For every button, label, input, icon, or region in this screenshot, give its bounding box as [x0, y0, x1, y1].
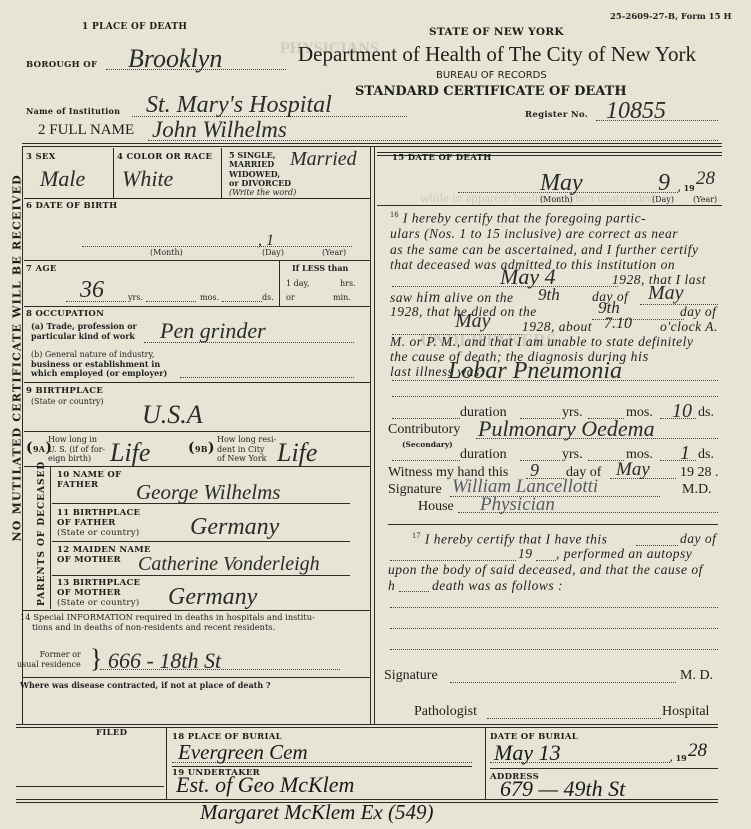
- date-of-death-label: 15 DATE OF DEATH: [392, 153, 492, 163]
- borough-value: Brooklyn: [128, 44, 222, 74]
- birthplace-label: 9 BIRTHPLACE: [26, 386, 103, 396]
- column-divider: [370, 146, 371, 724]
- age-value: 36: [80, 277, 104, 304]
- undertaker-value: Est. of Geo McKlem: [176, 772, 354, 798]
- marital-status-label: 5 SINGLE, MARRIED WIDOWED, or DIVORCED (…: [229, 151, 296, 197]
- race-label: 4 COLOR OR RACE: [117, 152, 212, 162]
- residence-value: 666 - 18th St: [108, 648, 221, 674]
- sex-value: Male: [40, 166, 85, 192]
- state-label: STATE OF NEW YORK: [429, 26, 564, 38]
- department-title: Department of Health of The City of New …: [298, 42, 696, 67]
- nyc-residence-value: Life: [277, 438, 317, 468]
- us-residence-value: Life: [110, 438, 150, 468]
- borough-label: BOROUGH OF: [26, 60, 97, 70]
- father-birthplace-value: Germany: [190, 514, 279, 541]
- institution-value: St. Mary's Hospital: [146, 92, 332, 119]
- burial-year-value: 28: [688, 740, 707, 762]
- institution-label: Name of Institution: [26, 106, 120, 116]
- filed-label: FILED: [96, 728, 127, 738]
- certificate-title: STANDARD CERTIFICATE OF DEATH: [355, 84, 627, 99]
- header-divider: [22, 143, 722, 147]
- death-year-value: 28: [696, 168, 715, 190]
- contributory-duration-days: 1: [680, 442, 690, 465]
- parents-section-label: PARENTS OF DECEASED: [37, 476, 47, 606]
- full-name-label: 2 FULL NAME: [38, 122, 134, 139]
- death-day-value: 9: [658, 170, 670, 197]
- birthplace-value: U.S.A: [142, 400, 203, 430]
- marital-status-value: Married: [290, 148, 357, 171]
- disease-contracted-label: Where was disease contracted, if not at …: [20, 681, 271, 691]
- bureau-label: BUREAU OF RECORDS: [436, 70, 547, 81]
- age-label: 7 AGE: [26, 264, 57, 274]
- race-value: White: [122, 166, 173, 192]
- place-of-death-label: 1 PLACE OF DEATH: [82, 22, 187, 32]
- register-label: Register No.: [525, 110, 588, 120]
- death-certificate: PHYSICIANS while in apparent health, or …: [0, 0, 751, 829]
- additional-signature: Margaret McKlem Ex (549): [200, 800, 433, 825]
- occupation-value: Pen grinder: [160, 318, 266, 344]
- form-number: 25-2609-27-B, Form 15 H: [610, 13, 732, 23]
- no-mutilated-note: NO MUTILATED CERTIFICATE WILL BE RECEIVE…: [11, 212, 24, 542]
- dob-label: 6 DATE OF BIRTH: [26, 201, 117, 211]
- diagnosis-value: Lobar Pneumonia: [448, 358, 622, 385]
- father-name-value: George Wilhelms: [136, 480, 280, 505]
- register-value: 10855: [606, 98, 666, 125]
- full-name-value: John Wilhelms: [152, 117, 287, 143]
- mother-birthplace-value: Germany: [168, 584, 257, 611]
- death-month-value: May: [540, 170, 583, 197]
- occupation-label: 8 OCCUPATION: [26, 309, 104, 319]
- mother-name-value: Catherine Vonderleigh: [138, 553, 320, 576]
- primary-duration-days: 10: [672, 400, 692, 423]
- sex-label: 3 SEX: [26, 152, 56, 162]
